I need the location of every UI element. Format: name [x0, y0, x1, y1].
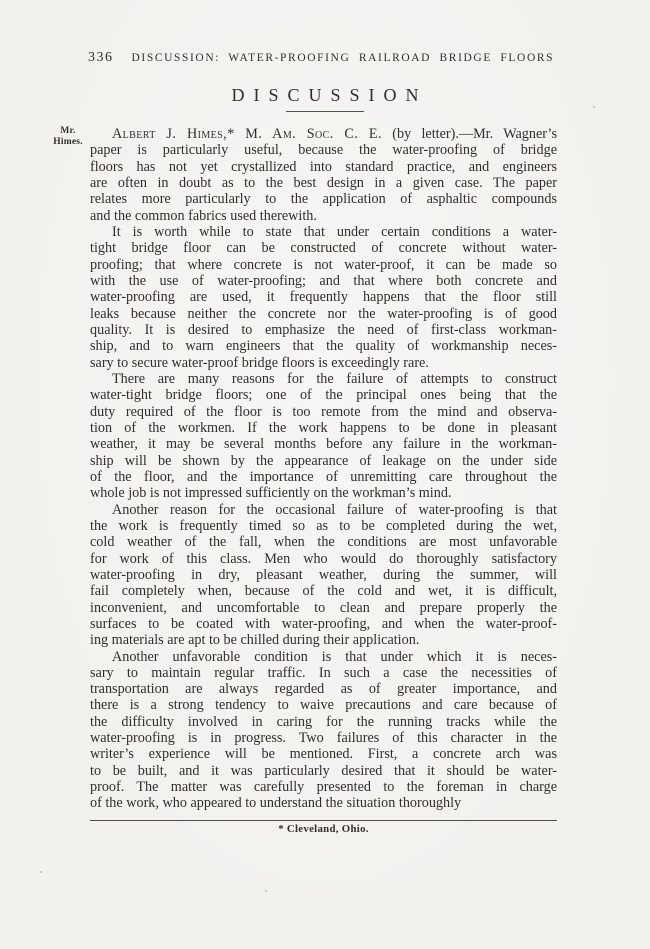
text-line: are often in doubt as to the best design… [90, 175, 557, 191]
scan-speck [265, 890, 267, 892]
text-line: Another unfavorable condition is that un… [90, 649, 557, 665]
text-line: water-proofing in dry, pleasant weather,… [90, 567, 557, 583]
text-line: with the use of water-proofing; and that… [90, 273, 557, 289]
scan-speck [593, 106, 595, 108]
text-line: surfaces to be coated with water-proofin… [90, 616, 557, 632]
text-segment: (by letter).—Mr. Wagner’s [382, 126, 557, 142]
text-line: for work of this class. Men who would do… [90, 551, 557, 567]
text-line: of the work, who appeared to understand … [90, 795, 557, 811]
section-title: DISCUSSION [0, 85, 650, 106]
author-name-smallcaps: Albert J. Himes,* M. Am. Soc. C. E. [112, 126, 382, 142]
paragraph: Another unfavorable condition is that un… [90, 649, 557, 812]
text-line: tion of the workmen. If the work happens… [90, 420, 557, 436]
text-line: weather, it may be several months before… [90, 436, 557, 452]
body-text: Albert J. Himes,* M. Am. Soc. C. E. (by … [90, 126, 557, 812]
text-line: ship, and to warn engineers that the qua… [90, 338, 557, 354]
running-head: 336 DISCUSSION: WATER-PROOFING RAILROAD … [88, 50, 558, 66]
scan-speck [40, 871, 42, 873]
text-line: quality. It is desired to emphasize the … [90, 322, 557, 338]
text-line: there is a strong tendency to waive prec… [90, 697, 557, 713]
text-line: water-proofing are used, it frequently h… [90, 289, 557, 305]
paragraph: It is worth while to state that under ce… [90, 224, 557, 371]
text-line: paper is particularly useful, because th… [90, 142, 557, 158]
text-line: ing materials are apt to be chilled duri… [90, 632, 557, 648]
text-line: duty required of the floor is too remote… [90, 404, 557, 420]
text-line: proof. The matter was carefully presente… [90, 779, 557, 795]
paragraph: There are many reasons for the failure o… [90, 371, 557, 502]
text-line: inconvenient, and uncomfortable to clean… [90, 600, 557, 616]
text-line: of the floor, and the importance of unre… [90, 469, 557, 485]
margin-note-line2: Himes. [48, 137, 88, 148]
text-line: proofing; that where concrete is not wat… [90, 257, 557, 273]
paragraph: Albert J. Himes,* M. Am. Soc. C. E. (by … [90, 126, 557, 224]
text-line: water-proofing is in progress. Two failu… [90, 730, 557, 746]
footnote-rule-divider [90, 820, 557, 821]
text-line: There are many reasons for the failure o… [90, 371, 557, 387]
text-line: Another reason for the occasional failur… [90, 502, 557, 518]
text-line: cold weather of the fall, when the condi… [90, 534, 557, 550]
text-line: whole job is not impressed sufficiently … [90, 485, 557, 501]
text-line: the difficulty involved in caring for th… [90, 714, 557, 730]
text-line: relates more particularly to the applica… [90, 191, 557, 207]
text-line: to be built, and it was particularly des… [90, 763, 557, 779]
text-line: water-tight bridge floors; one of the pr… [90, 387, 557, 403]
text-line: floors has not yet crystallized into sta… [90, 159, 557, 175]
margin-note-speaker: Mr. Himes. [48, 126, 88, 147]
text-line: leaks because neither the concrete nor t… [90, 306, 557, 322]
text-line: It is worth while to state that under ce… [90, 224, 557, 240]
title-rule-divider [286, 111, 364, 112]
paragraph: Another reason for the occasional failur… [90, 502, 557, 649]
page-number: 336 [88, 50, 114, 66]
text-line: sary to maintain regular traffic. In suc… [90, 665, 557, 681]
text-line: transportation are always regarded as of… [90, 681, 557, 697]
text-line: ship will be shown by the appearance of … [90, 453, 557, 469]
text-line: and the common fabrics used therewith. [90, 208, 557, 224]
margin-note-line1: Mr. [48, 126, 88, 137]
text-line: tight bridge floor can be constructed of… [90, 240, 557, 256]
running-header-title: DISCUSSION: WATER-PROOFING RAILROAD BRID… [132, 52, 555, 64]
footnote: * Cleveland, Ohio. [90, 823, 557, 835]
text-line: Albert J. Himes,* M. Am. Soc. C. E. (by … [90, 126, 557, 142]
text-line: sary to secure water-proof bridge floors… [90, 355, 557, 371]
scanned-page: 336 DISCUSSION: WATER-PROOFING RAILROAD … [0, 0, 650, 949]
text-line: fail completely when, because of the col… [90, 583, 557, 599]
text-line: the work is frequently timed so as to be… [90, 518, 557, 534]
text-line: writer’s experience will be mentioned. F… [90, 746, 557, 762]
